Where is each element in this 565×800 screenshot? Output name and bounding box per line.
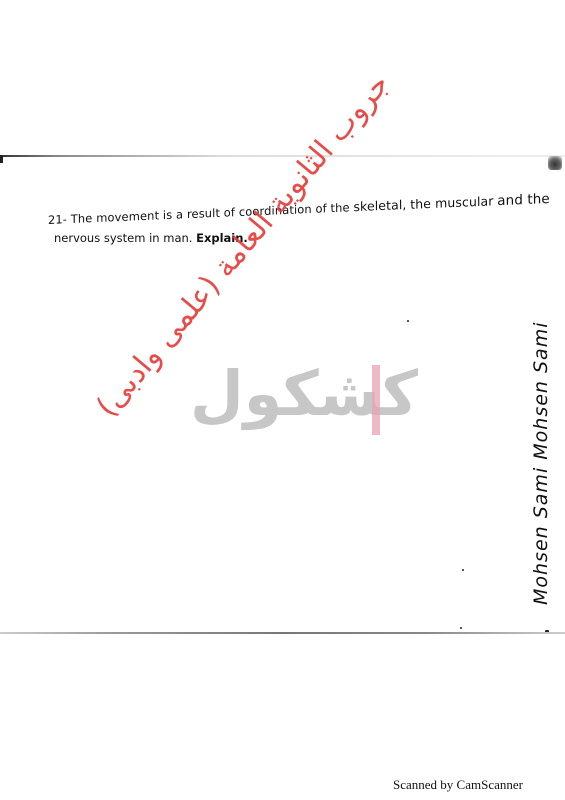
question-21: 21- The movement is a result of coordina… bbox=[48, 212, 558, 246]
question-number: 21- bbox=[48, 212, 67, 227]
question-line-2: nervous system in man. Explain. bbox=[54, 230, 558, 246]
question-text-part: the muscular bbox=[410, 193, 493, 213]
scan-artifact bbox=[548, 156, 562, 170]
question-text-part: skeletal, bbox=[353, 197, 406, 215]
page-bottom-edge bbox=[0, 632, 565, 634]
logo-accent-bar bbox=[372, 365, 380, 435]
author-signature: Mohsen Sami Mohsen Sami bbox=[530, 322, 552, 605]
page-top-edge bbox=[0, 155, 565, 157]
scan-speck bbox=[460, 627, 462, 629]
scan-speck bbox=[462, 569, 464, 571]
scan-speck bbox=[407, 320, 409, 322]
question-text: nervous system in man. bbox=[54, 231, 192, 245]
scanned-page: 21- The movement is a result of coordina… bbox=[0, 0, 565, 800]
logo-text: كشكول bbox=[190, 357, 418, 430]
logo-watermark: كشكول bbox=[190, 365, 430, 445]
page-corner-mark bbox=[0, 155, 3, 163]
question-text-part: and the bbox=[497, 191, 550, 209]
question-text-part: The movement is a result of coordination… bbox=[71, 200, 350, 226]
scanner-footer: Scanned by CamScanner bbox=[393, 777, 523, 793]
